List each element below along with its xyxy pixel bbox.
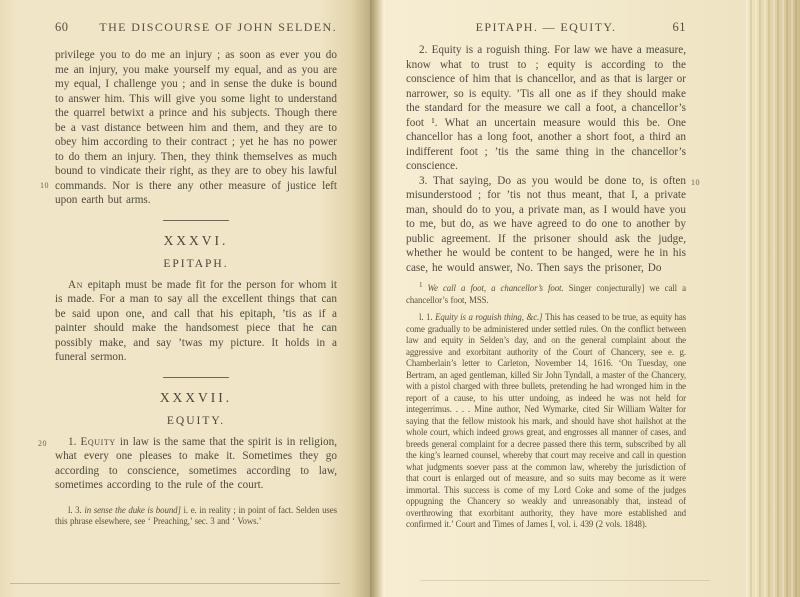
item-number: 2.	[419, 44, 427, 56]
margin-line-number-10: 10	[40, 179, 49, 194]
right-paragraph-2: 2. Equity is a roguish thing. For law we…	[406, 43, 686, 174]
footnote-text: This has ceased to be true, as equity ha…	[406, 312, 686, 529]
footnote-ref: l. 3.	[68, 505, 82, 515]
section-divider-rule	[163, 220, 229, 221]
right-page-bottom-crease	[420, 580, 710, 581]
section-37-number: XXXVII.	[55, 390, 337, 406]
margin-line-number-20: 20	[38, 437, 47, 452]
right-page-content: EPITAPH. — EQUITY. 61 2. Equity is a rog…	[388, 0, 746, 531]
paragraph-text: Equity is a roguish thing. For law we ha…	[406, 44, 686, 172]
footnote-superscript: 1	[419, 281, 422, 289]
footnote-ref: l. 1.	[419, 312, 433, 322]
left-page-number: 60	[55, 20, 99, 35]
left-page-content: 60 THE DISCOURSE OF JOHN SELDEN. 10 priv…	[0, 0, 370, 528]
left-page: 60 THE DISCOURSE OF JOHN SELDEN. 10 priv…	[0, 0, 370, 597]
right-paragraph-3: 10 3. That saying, Do as you would be do…	[406, 174, 686, 276]
item-number: 1.	[68, 436, 76, 448]
book-fore-edge-pages	[746, 0, 800, 597]
paragraph-lead-smallcaps: An	[68, 279, 83, 291]
section-36-number: XXXVI.	[55, 233, 337, 249]
right-page-number: 61	[640, 20, 686, 35]
left-running-header: 60 THE DISCOURSE OF JOHN SELDEN.	[55, 20, 337, 35]
book-gutter	[370, 0, 388, 597]
item-number: 3.	[419, 175, 427, 187]
footnote-lemma: We call a foot, a chancellor’s foot.	[428, 283, 564, 293]
right-running-title: EPITAPH. — EQUITY.	[452, 20, 640, 35]
margin-line-number-10: 10	[691, 176, 700, 191]
footnote-lemma: in sense the duke is bound]	[84, 505, 181, 515]
right-footnote-1: 1 We call a foot, a chancellor’s foot. S…	[406, 283, 686, 306]
left-paragraph-continuation: 10 privilege you to do me an injury ; as…	[55, 48, 337, 208]
left-page-bottom-crease	[10, 583, 340, 584]
section-divider-rule	[163, 377, 229, 378]
paragraph-text: privilege you to do me an injury ; as so…	[55, 49, 337, 206]
section-37-title: EQUITY.	[55, 415, 337, 427]
right-page: EPITAPH. — EQUITY. 61 2. Equity is a rog…	[388, 0, 746, 597]
book-spread: 60 THE DISCOURSE OF JOHN SELDEN. 10 priv…	[0, 0, 800, 597]
paragraph-lead-smallcaps: Equity	[80, 436, 115, 448]
section-36-paragraph: An epitaph must be made fit for the pers…	[55, 278, 337, 365]
paragraph-text: epitaph must be made fit for the person …	[55, 279, 337, 364]
right-running-header: EPITAPH. — EQUITY. 61	[406, 20, 686, 35]
section-36-title: EPITAPH.	[55, 258, 337, 270]
right-footnote-2: l. 1. Equity is a roguish thing, &c.] Th…	[406, 312, 686, 531]
footnote-lemma: Equity is a roguish thing, &c.]	[435, 312, 542, 322]
left-footnote: l. 3. in sense the duke is bound] i. e. …	[55, 505, 337, 528]
paragraph-text: That saying, Do as you would be done to,…	[406, 175, 686, 274]
section-37-paragraph: 20 1. Equity in law is the same that the…	[55, 435, 337, 493]
left-running-title: THE DISCOURSE OF JOHN SELDEN.	[99, 20, 337, 35]
